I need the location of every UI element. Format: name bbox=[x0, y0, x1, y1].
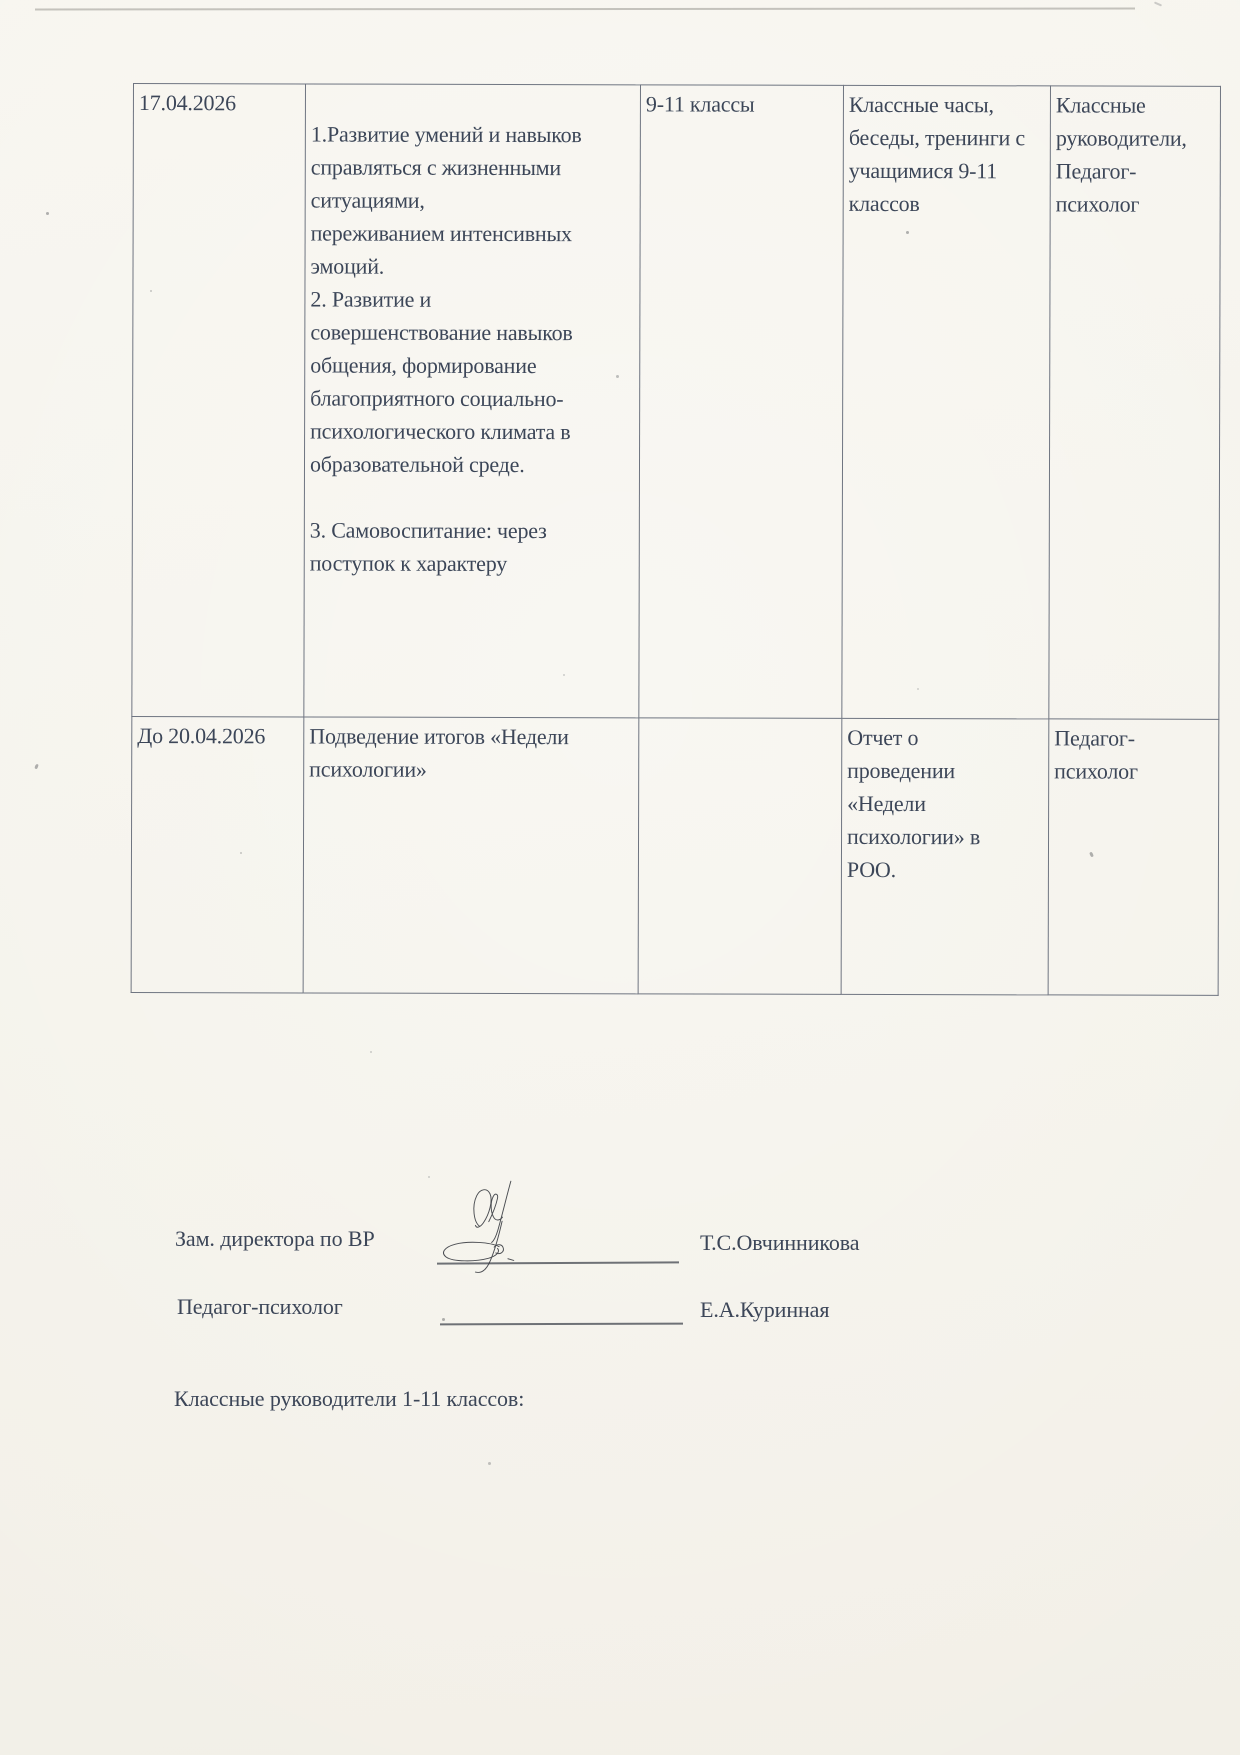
cell-date: До 20.04.2026 bbox=[131, 716, 304, 992]
activity-text: Подведение итогов «Недели психологии» bbox=[309, 719, 635, 786]
closing-text: Классные руководители 1-11 классов: bbox=[174, 1386, 524, 1412]
scan-speck bbox=[616, 375, 619, 378]
scan-artifact-line bbox=[35, 8, 1135, 11]
cell-format: Классные часы, беседы, тренинги с учащим… bbox=[842, 85, 1051, 719]
scan-speck bbox=[46, 212, 49, 215]
table-row: 17.04.2026 1.Развитие умений и навыков с… bbox=[132, 84, 1221, 720]
scan-speck bbox=[917, 688, 919, 690]
format-text: Отчет о проведении «Недели психологии» в… bbox=[847, 721, 1045, 887]
cell-activity: 1.Развитие умений и навыков справляться … bbox=[304, 84, 641, 718]
cell-classes: 9-11 классы bbox=[639, 85, 844, 719]
scan-speck bbox=[442, 1318, 445, 1321]
scan-speck bbox=[370, 1051, 372, 1053]
scan-speck bbox=[34, 764, 39, 770]
scan-speck bbox=[150, 290, 152, 292]
scan-speck bbox=[1154, 1, 1162, 6]
signer-name: Т.С.Овчинникова bbox=[700, 1230, 859, 1256]
signature-kurinnaya bbox=[508, 1259, 514, 1261]
cell-date: 17.04.2026 bbox=[132, 84, 306, 717]
scan-speck bbox=[906, 231, 909, 234]
activity-text: 1.Развитие умений и навыков справляться … bbox=[310, 86, 637, 580]
date-value: 17.04.2026 bbox=[139, 86, 302, 119]
responsible-text: Классные руководители, Педагог- психолог bbox=[1056, 88, 1217, 220]
date-value: До 20.04.2026 bbox=[137, 719, 300, 752]
scan-speck bbox=[240, 852, 242, 854]
scan-speck bbox=[563, 674, 565, 676]
scanned-document-page: 17.04.2026 1.Развитие умений и навыков с… bbox=[0, 0, 1240, 1755]
signer-role: Зам. директора по ВР bbox=[175, 1226, 375, 1252]
cell-responsible: Педагог- психолог bbox=[1048, 719, 1219, 995]
cell-classes bbox=[638, 718, 842, 995]
scan-speck bbox=[428, 1176, 430, 1178]
activity-plan-table: 17.04.2026 1.Развитие умений и навыков с… bbox=[131, 83, 1221, 996]
signer-role: Педагог-психолог bbox=[177, 1294, 343, 1320]
scan-speck bbox=[488, 1462, 491, 1465]
responsible-text: Педагог- психолог bbox=[1054, 721, 1215, 787]
cell-activity: Подведение итогов «Недели психологии» bbox=[303, 717, 639, 994]
classes-value bbox=[644, 720, 838, 721]
classes-value: 9-11 классы bbox=[646, 87, 840, 121]
handwritten-signatures bbox=[420, 1120, 720, 1380]
cell-responsible: Классные руководители, Педагог- психолог bbox=[1049, 86, 1221, 719]
table-row: До 20.04.2026 Подведение итогов «Недели … bbox=[131, 716, 1219, 995]
signature-ovchinnikova bbox=[492, 1181, 511, 1242]
cell-format: Отчет о проведении «Недели психологии» в… bbox=[841, 718, 1049, 995]
format-text: Классные часы, беседы, тренинги с учащим… bbox=[849, 88, 1047, 221]
signature-kurinnaya bbox=[444, 1242, 500, 1261]
